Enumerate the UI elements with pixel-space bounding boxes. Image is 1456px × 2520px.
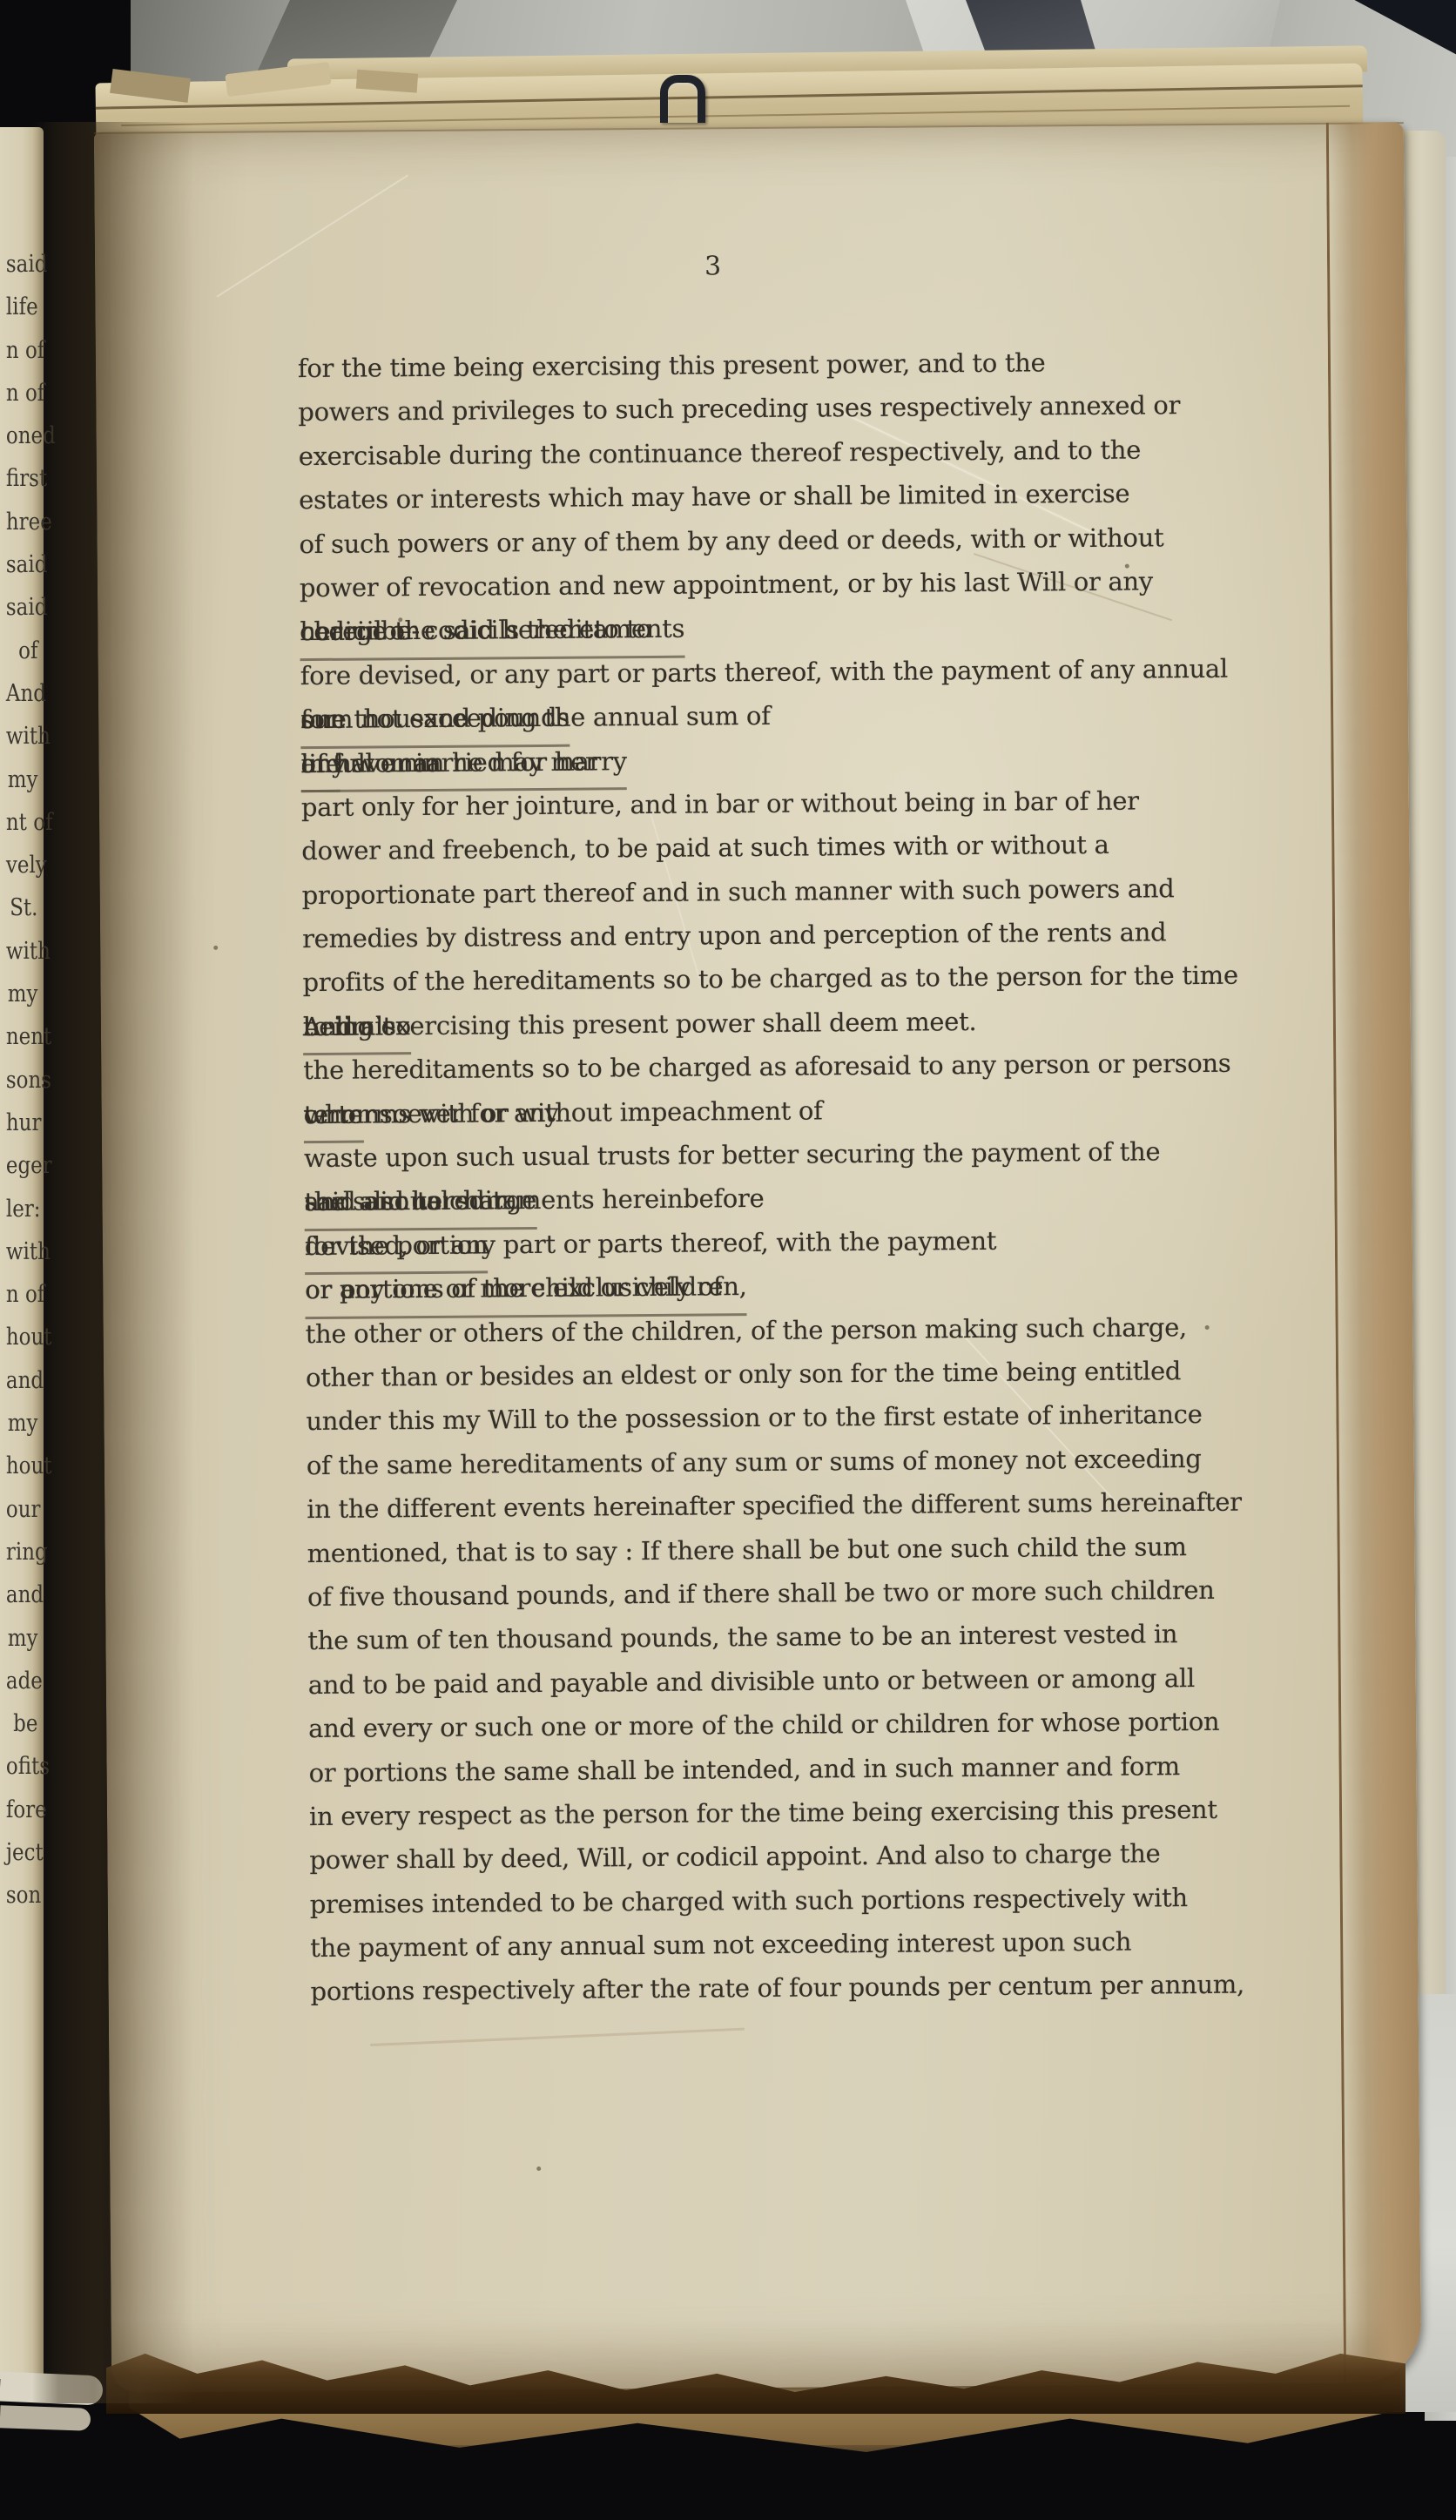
text-segment: or any one or more exclusively of	[305, 1265, 722, 1312]
facing-page-fragment: my	[6, 758, 40, 801]
text-line: and to be paid and payable and divisible…	[308, 1656, 1219, 1708]
text-line: of five thousand pounds, and if there sh…	[307, 1568, 1218, 1620]
text-line: codicil or codicils thereto to charge th…	[300, 603, 1210, 654]
binding-clip	[660, 75, 705, 123]
facing-page-fragment: sons	[6, 1059, 40, 1102]
facing-page-fragment: eger	[6, 1144, 40, 1187]
text-line: exercisable during the continuance there…	[299, 428, 1210, 479]
text-segment: exercisable during the continuance there…	[299, 428, 1142, 478]
text-line: powers and privileges to such preceding …	[298, 383, 1209, 435]
facing-page-fragment: And	[6, 672, 40, 715]
text-segment: to limit	[303, 1004, 393, 1048]
text-segment: for the time being exercising this prese…	[298, 340, 1046, 390]
text-segment: proportionate part thereof and in such m…	[302, 866, 1175, 917]
text-segment: premises intended to be charged with suc…	[310, 1876, 1188, 1926]
text-line: power of revocation and new appointment,…	[300, 559, 1210, 610]
text-segment: part only for her jointure, and in bar o…	[301, 778, 1139, 829]
text-segment: portions respectively after the rate of …	[310, 1963, 1244, 2014]
facing-page-fragment: said	[6, 543, 40, 586]
text-line: of the same hereditaments of any sum or …	[307, 1437, 1217, 1488]
facing-page-fragment: of	[6, 630, 40, 672]
text-line: any woman he may marry or have married f…	[300, 734, 1211, 785]
text-line: the hereditaments so to be charged as af…	[303, 1041, 1214, 1093]
text-segment: for	[300, 697, 337, 742]
facing-page-fragment: nent	[6, 1015, 40, 1058]
text-line: in every respect as the person for the t…	[309, 1788, 1220, 1839]
page-edge-chip	[356, 70, 418, 93]
text-line: proportionate part thereof and in such m…	[302, 866, 1213, 918]
text-line: the sum of ten thousand pounds, the same…	[307, 1612, 1218, 1663]
facing-page-fragment: hur	[6, 1102, 40, 1144]
facing-page-fragment: ade	[6, 1660, 40, 1702]
text-line: or portions of the child or children, or…	[305, 1261, 1216, 1312]
facing-page-fragment: our	[6, 1488, 40, 1531]
page-corner-strip	[0, 2371, 104, 2405]
text-segment: fore devised, or any part or parts there…	[300, 646, 1229, 697]
text-segment: other than or besides an eldest or only …	[306, 1349, 1181, 1399]
facing-page-fragment: oned	[6, 414, 40, 457]
text-segment: hereinbe-	[300, 609, 420, 653]
text-line: in the different events hereinafter spec…	[307, 1480, 1217, 1532]
text-line: profits of the hereditaments so to be ch…	[302, 953, 1213, 1005]
facing-page-fragment: and	[6, 1573, 40, 1616]
facing-page-fragment: nt of	[6, 801, 40, 844]
text-line: or portions the same shall be intended, …	[308, 1743, 1219, 1795]
text-line: and every or such one or more of the chi…	[308, 1700, 1219, 1751]
paper-crease	[370, 2028, 745, 2046]
text-line: portions respectively after the rate of …	[310, 1963, 1221, 2014]
text-line: the payment of any annual sum not exceed…	[310, 1919, 1221, 1971]
text-segment: the said hereditaments hereinbefore	[304, 1176, 764, 1224]
text-line: other than or besides an eldest or only …	[306, 1349, 1217, 1400]
text-segment: under this my Will to the possession or …	[306, 1392, 1202, 1443]
text-segment: estates or interests which may have or s…	[299, 472, 1129, 522]
text-line: remedies by distress and entry upon and …	[302, 910, 1213, 961]
text-line: dower and freebench, to be paid at such …	[301, 822, 1212, 873]
text-segment: the other or others of the children, of …	[305, 1305, 1187, 1356]
text-segment: dower and freebench, to be paid at such …	[301, 823, 1109, 873]
text-segment: the payment of any annual sum not exceed…	[310, 1920, 1131, 1971]
text-line: for the time being exercising this prese…	[298, 340, 1209, 391]
facing-page-fragment: my	[6, 1402, 40, 1445]
facing-page-fragment: said	[6, 586, 40, 629]
text-segment: mentioned, that is to say : If there sha…	[307, 1525, 1186, 1575]
document-page: 3 for the time being exercising this pre…	[94, 122, 1421, 2393]
text-segment: the hereditaments so to be charged as af…	[303, 1041, 1231, 1093]
facing-page-fragment: said	[6, 243, 40, 286]
text-segment: power of revocation and new appointment,…	[300, 559, 1153, 610]
text-segment: and to be paid and payable and divisible…	[308, 1656, 1195, 1707]
text-line: devised, or any part or parts thereof, w…	[305, 1217, 1216, 1269]
text-line: premises intended to be charged with suc…	[310, 1876, 1221, 1927]
facing-page-fragment: St.	[6, 886, 40, 929]
bottom-shadow	[0, 2445, 1456, 2520]
facing-page-fragment: fore	[6, 1789, 40, 1831]
text-segment: powers and privileges to such preceding …	[298, 384, 1180, 435]
paper-speck	[536, 2166, 541, 2171]
text-segment: power shall by deed, Will, or codicil ap…	[309, 1832, 1160, 1883]
facing-page-fragment: hout	[6, 1316, 40, 1358]
text-line: part only for her jointure, and in bar o…	[301, 778, 1212, 830]
text-line: mentioned, that is to say : If there sha…	[307, 1524, 1217, 1575]
text-line: the other or others of the children, of …	[305, 1304, 1216, 1356]
text-segment: or portions the same shall be intended, …	[308, 1744, 1180, 1795]
text-block: for the time being exercising this prese…	[298, 340, 1222, 2014]
facing-page-fragment: with	[6, 930, 40, 973]
text-line: under this my Will to the possession or …	[306, 1392, 1217, 1444]
text-segment: profits of the hereditaments so to be ch…	[302, 953, 1238, 1005]
facing-page-fragment: n of	[6, 1273, 40, 1316]
facing-page-fragment: with	[6, 1230, 40, 1273]
text-segment: of five thousand pounds, and if there sh…	[307, 1568, 1215, 1620]
text-segment: the sum of ten thousand pounds, the same…	[307, 1613, 1177, 1663]
text-segment: waste upon such usual trusts for better …	[304, 1129, 1161, 1180]
facing-page-fragment: son	[6, 1874, 40, 1917]
text-line: power shall by deed, Will, or codicil ap…	[309, 1831, 1220, 1883]
text-segment: of such powers or any of them by any dee…	[299, 515, 1163, 566]
text-segment: of the same hereditaments of any sum or …	[307, 1437, 1202, 1487]
text-line: estates or interests which may have or s…	[299, 471, 1210, 522]
text-segment: remedies by distress and entry upon and …	[302, 910, 1167, 960]
text-line: sum not exceeding the annual sum of one …	[300, 691, 1211, 742]
facing-page-fragment: with	[6, 715, 40, 758]
facing-page-fragment: hree	[6, 501, 40, 543]
facing-page-fragment: ring	[6, 1531, 40, 1573]
facing-page-fragment: ler:	[6, 1188, 40, 1230]
facing-page-fragment: first	[6, 457, 40, 500]
facing-page-fragment: life	[6, 286, 40, 328]
page-number: 3	[258, 247, 1168, 285]
text-segment: or terms with or without impeachment of	[303, 1088, 822, 1136]
text-segment: and every or such one or more of the chi…	[308, 1700, 1220, 1751]
facing-page-fragment: n of	[6, 329, 40, 372]
text-segment: in every respect as the person for the t…	[309, 1788, 1217, 1839]
text-line: being exercising this present power shal…	[303, 998, 1214, 1049]
text-segment: in the different events hereinafter spec…	[307, 1480, 1242, 1532]
facing-page-fragment: be	[6, 1702, 40, 1745]
facing-page-fragment: and	[6, 1359, 40, 1402]
text-line: said annual sum, and also to charge the …	[304, 1173, 1215, 1224]
facing-page-fragment: ject	[6, 1831, 40, 1874]
facing-page-fragment: ofits	[6, 1745, 40, 1788]
facing-page-fragment: n of	[6, 372, 40, 414]
text-segment: in full or in	[300, 740, 439, 785]
photo-canvas: { "page": { "number": "3", "lines": [ {"…	[0, 0, 1456, 2520]
facing-page-text-fragments: saidlifen ofn ofonedfirsthreesaidsaidofA…	[0, 243, 40, 1917]
text-line: whomsoever for any term or terms with or…	[303, 1086, 1214, 1137]
facing-page-fragment: vely	[6, 844, 40, 886]
facing-page-fragment: my	[6, 1617, 40, 1660]
text-line: fore devised, or any part or parts there…	[300, 647, 1211, 698]
paper-speck	[213, 946, 218, 950]
text-line: of such powers or any of them by any dee…	[299, 515, 1210, 566]
page-corner-strip	[0, 2405, 91, 2431]
facing-page-fragment: my	[6, 973, 40, 1015]
facing-page-fragment: hout	[6, 1445, 40, 1487]
text-line: waste upon such usual trusts for better …	[304, 1129, 1215, 1181]
